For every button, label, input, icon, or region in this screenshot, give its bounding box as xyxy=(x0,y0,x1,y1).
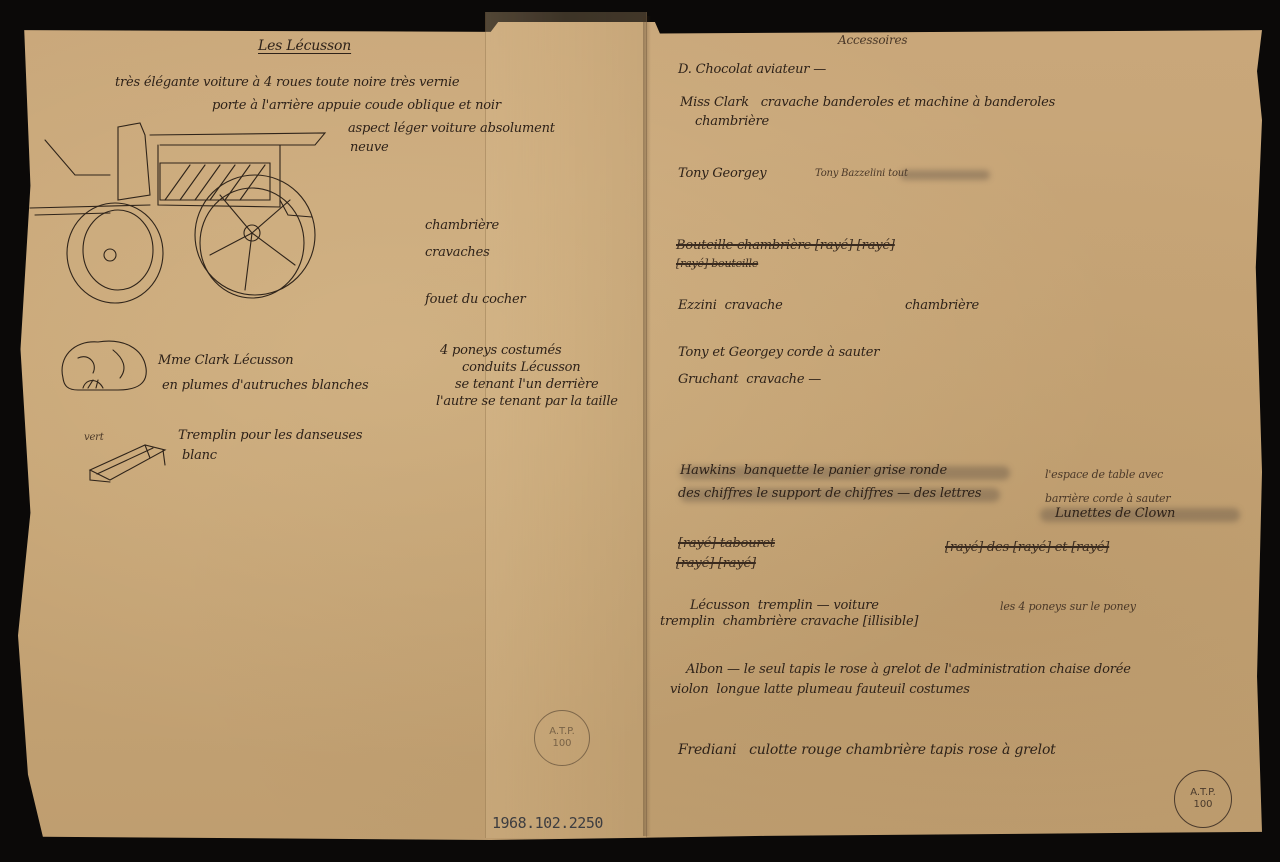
entry-tony-georgey-items: Tony Bazzelini tout xyxy=(815,168,908,179)
note-ponies-line-3: se tenant l'un derrière xyxy=(455,377,598,392)
prop-cravaches: cravaches xyxy=(425,245,490,260)
entry-albon: Albon — le seul tapis le rose à grelot d… xyxy=(686,662,1131,677)
note-ponies-line-1: 4 poneys costumés xyxy=(440,343,561,358)
entry-chiffres-extra: barrière corde à sauter xyxy=(1045,492,1170,505)
entry-ezzini: Ezzini cravache xyxy=(678,298,783,313)
entry-struck-3: [rayé] [rayé] xyxy=(676,556,756,571)
entry-violon: violon longue latte plumeau fauteuil cos… xyxy=(670,682,970,697)
entry-gruchant: Gruchant cravache — xyxy=(678,372,821,387)
entry-lunettes: Lunettes de Clown xyxy=(1055,506,1175,521)
entry-struck-2: [rayé] tabouret xyxy=(678,536,775,551)
note-bench-line-2: blanc xyxy=(182,448,217,463)
smudge xyxy=(900,170,990,180)
stamp-number: 100 xyxy=(1193,799,1212,811)
carriage-sketch-icon xyxy=(30,115,340,315)
left-page-heading: Les Lécusson xyxy=(258,38,351,54)
entry-miss-clark-line2: chambrière xyxy=(695,114,769,129)
museum-stamp-corner: A.T.P. 100 xyxy=(1174,770,1232,828)
entry-lecusson: Lécusson tremplin — voiture xyxy=(690,598,879,613)
entry-hawkins-extra: l'espace de table avec xyxy=(1045,468,1163,481)
feather-plume-sketch-icon xyxy=(58,338,158,398)
entry-struck-1-line2: [rayé] bouteille xyxy=(676,257,758,270)
entry-chiffres: des chiffres le support de chiffres — de… xyxy=(678,486,981,501)
entry-miss-clark: Miss Clark cravache banderoles et machin… xyxy=(680,95,1055,110)
note-clark-line-1: Mme Clark Lécusson xyxy=(158,353,293,368)
springboard-sketch-icon xyxy=(85,440,175,485)
description-line-3: aspect léger voiture absolument xyxy=(348,121,555,136)
entry-frediani: Frediani culotte rouge chambrière tapis … xyxy=(678,742,1056,758)
entry-struck-2-extra: [rayé] des [rayé] et [rayé] xyxy=(945,540,1109,555)
entry-chocolat: D. Chocolat aviateur — xyxy=(678,62,826,77)
entry-lecusson-extra: les 4 poneys sur le poney xyxy=(1000,600,1136,613)
entry-hawkins: Hawkins banquette le panier grise ronde xyxy=(680,463,947,478)
note-ponies-line-4: l'autre se tenant par la taille xyxy=(436,394,618,409)
description-line-4: neuve xyxy=(350,140,388,155)
prop-fouet: fouet du cocher xyxy=(425,292,526,307)
description-line-1: très élégante voiture à 4 roues toute no… xyxy=(115,75,459,90)
fold-shadow xyxy=(643,16,651,836)
description-line-2: porte à l'arrière appuie coude oblique e… xyxy=(212,98,501,113)
note-bench-line-1: Tremplin pour les danseuses xyxy=(178,428,362,443)
entry-tony-georgey: Tony Georgey xyxy=(678,166,766,181)
stamp-text: A.T.P. xyxy=(1190,787,1216,799)
entry-tony-et-georgey: Tony et Georgey corde à sauter xyxy=(678,345,879,360)
right-page-heading: Accessoires xyxy=(838,33,907,47)
stamp-number: 100 xyxy=(552,738,571,750)
stamp-text: A.T.P. xyxy=(549,726,575,738)
prop-chambriere: chambrière xyxy=(425,218,499,233)
entry-struck-1: Bouteille chambrière [rayé] [rayé] xyxy=(676,238,895,253)
museum-stamp-center: A.T.P. 100 xyxy=(534,710,590,766)
note-clark-line-2: en plumes d'autruches blanches xyxy=(162,378,368,393)
note-ponies-line-2: conduits Lécusson xyxy=(462,360,580,375)
entry-ezzini-extra: chambrière xyxy=(905,298,979,313)
entry-tremplin: tremplin chambrière cravache [illisible] xyxy=(660,614,918,629)
inventory-number: 1968.102.2250 xyxy=(492,814,603,832)
